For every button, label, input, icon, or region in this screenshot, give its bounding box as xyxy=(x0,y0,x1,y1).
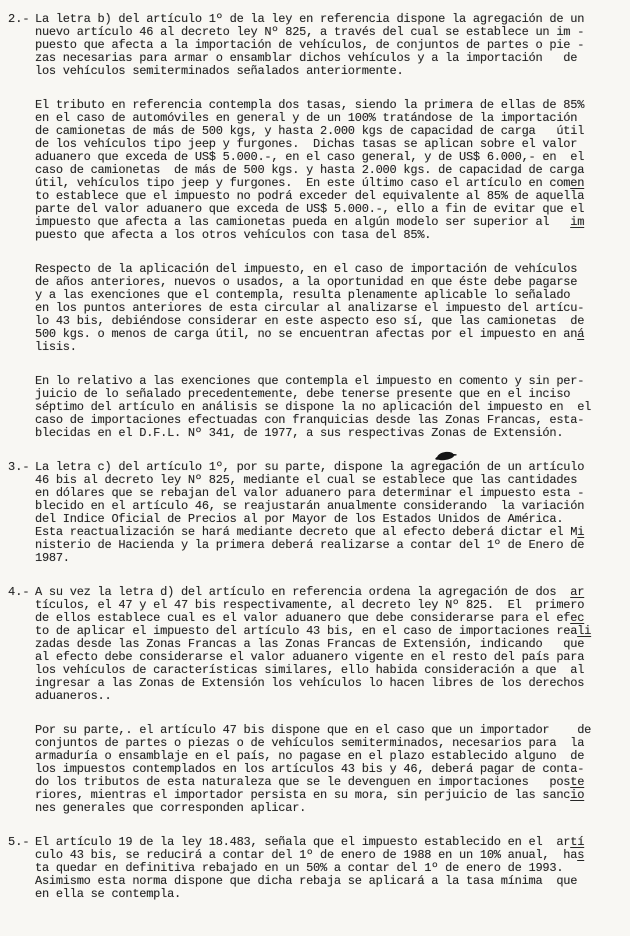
text-line: aduaneros.. xyxy=(35,690,624,703)
text-line: nes generales que corresponden aplicar. xyxy=(35,802,624,815)
numbered-paragraph: 4.-A su vez la letra d) del artículo en … xyxy=(8,586,624,703)
item-number: 5.- xyxy=(8,836,30,849)
text-line: los vehículos semiterminados señalados a… xyxy=(35,65,624,78)
paragraph: Respecto de la aplicación del impuesto, … xyxy=(8,263,624,354)
item-number: 3.- xyxy=(8,461,30,474)
item-number: 2.- xyxy=(8,13,30,26)
paragraph: En lo relativo a las exenciones que cont… xyxy=(8,375,624,440)
text-line: 500 kgs. o menos de carga útil, no se en… xyxy=(35,328,624,341)
text-line: puesto que afecta a los otros vehículos … xyxy=(35,229,624,242)
text-line: en ella se contempla. xyxy=(35,888,624,901)
text-line: nisterio de Hacienda y la primera deberá… xyxy=(35,539,624,552)
document-text: 2.-La letra b) del artículo 1º de la ley… xyxy=(8,13,624,901)
item-number: 4.- xyxy=(8,586,30,599)
text-line: 1987. xyxy=(35,552,624,565)
paragraph: El tributo en referencia contempla dos t… xyxy=(8,99,624,242)
scanned-document-page: 2.-La letra b) del artículo 1º de la ley… xyxy=(0,0,630,936)
numbered-paragraph: 2.-La letra b) del artículo 1º de la ley… xyxy=(8,13,624,78)
text-line: blecidas en el D.F.L. Nº 341, de 1977, a… xyxy=(35,427,624,440)
text-line: lisis. xyxy=(35,341,624,354)
numbered-paragraph: 5.-El artículo 19 de la ley 18.483, seña… xyxy=(8,836,624,901)
numbered-paragraph: 3.-La letra c) del artículo 1º, por su p… xyxy=(8,461,624,565)
paragraph: Por su parte,. el artículo 47 bis dispon… xyxy=(8,724,624,815)
text-line: ingresar a las Zonas de Extensión los ve… xyxy=(35,677,624,690)
